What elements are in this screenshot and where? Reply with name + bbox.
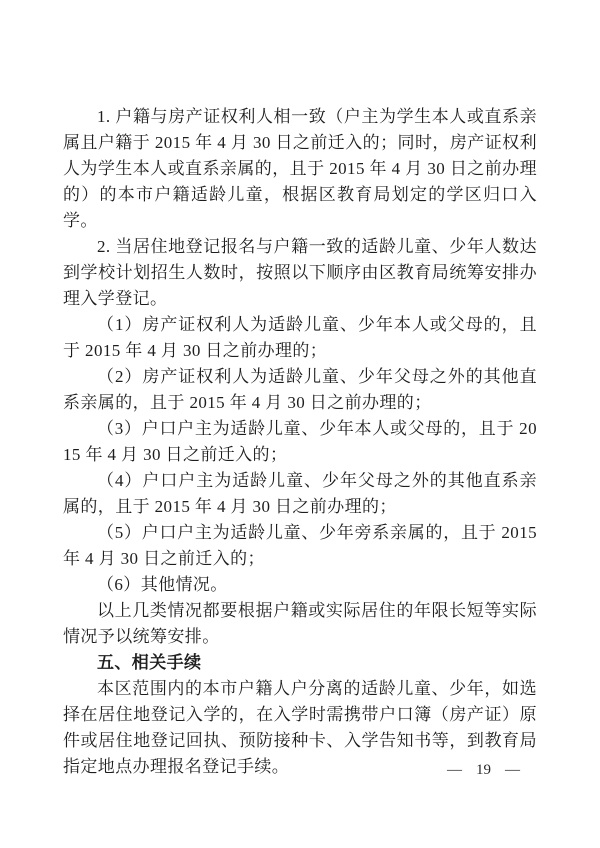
paragraph-subitem-1: （1）房产证权利人为适龄儿童、少年本人或父母的，且于 2015 年 4 月 30… bbox=[63, 312, 537, 364]
page-number-left-dash: — bbox=[447, 762, 462, 779]
paragraph-summary: 以上几类情况都要根据户籍或实际居住的年限长短等实际情况予以统筹安排。 bbox=[63, 598, 537, 650]
paragraph-subitem-6: （6）其他情况。 bbox=[63, 572, 537, 598]
page-number: — 19 — bbox=[447, 762, 520, 779]
document-body: 1. 户籍与房产证权利人相一致（户主为学生本人或直系亲属且户籍于 2015 年 … bbox=[63, 104, 537, 780]
paragraph-subitem-5: （5）户口户主为适龄儿童、少年旁系亲属的，且于 2015 年 4 月 30 日之… bbox=[63, 520, 537, 572]
paragraph-subitem-4: （4）户口户主为适龄儿童、少年父母之外的其他直系亲属的，且于 2015 年 4 … bbox=[63, 468, 537, 520]
page-number-value: 19 bbox=[476, 762, 491, 779]
section-heading-related-procedures: 五、相关手续 bbox=[63, 650, 537, 676]
paragraph-subitem-2: （2）房产证权利人为适龄儿童、少年父母之外的其他直系亲属的，且于 2015 年 … bbox=[63, 364, 537, 416]
document-page: 1. 户籍与房产证权利人相一致（户主为学生本人或直系亲属且户籍于 2015 年 … bbox=[0, 0, 600, 848]
paragraph-item-2: 2. 当居住地登记报名与户籍一致的适龄儿童、少年人数达到学校计划招生人数时，按照… bbox=[63, 234, 537, 312]
paragraph-item-1: 1. 户籍与房产证权利人相一致（户主为学生本人或直系亲属且户籍于 2015 年 … bbox=[63, 104, 537, 234]
paragraph-subitem-3: （3）户口户主为适龄儿童、少年本人或父母的，且于 2015 年 4 月 30 日… bbox=[63, 416, 537, 468]
page-number-right-dash: — bbox=[505, 762, 520, 779]
